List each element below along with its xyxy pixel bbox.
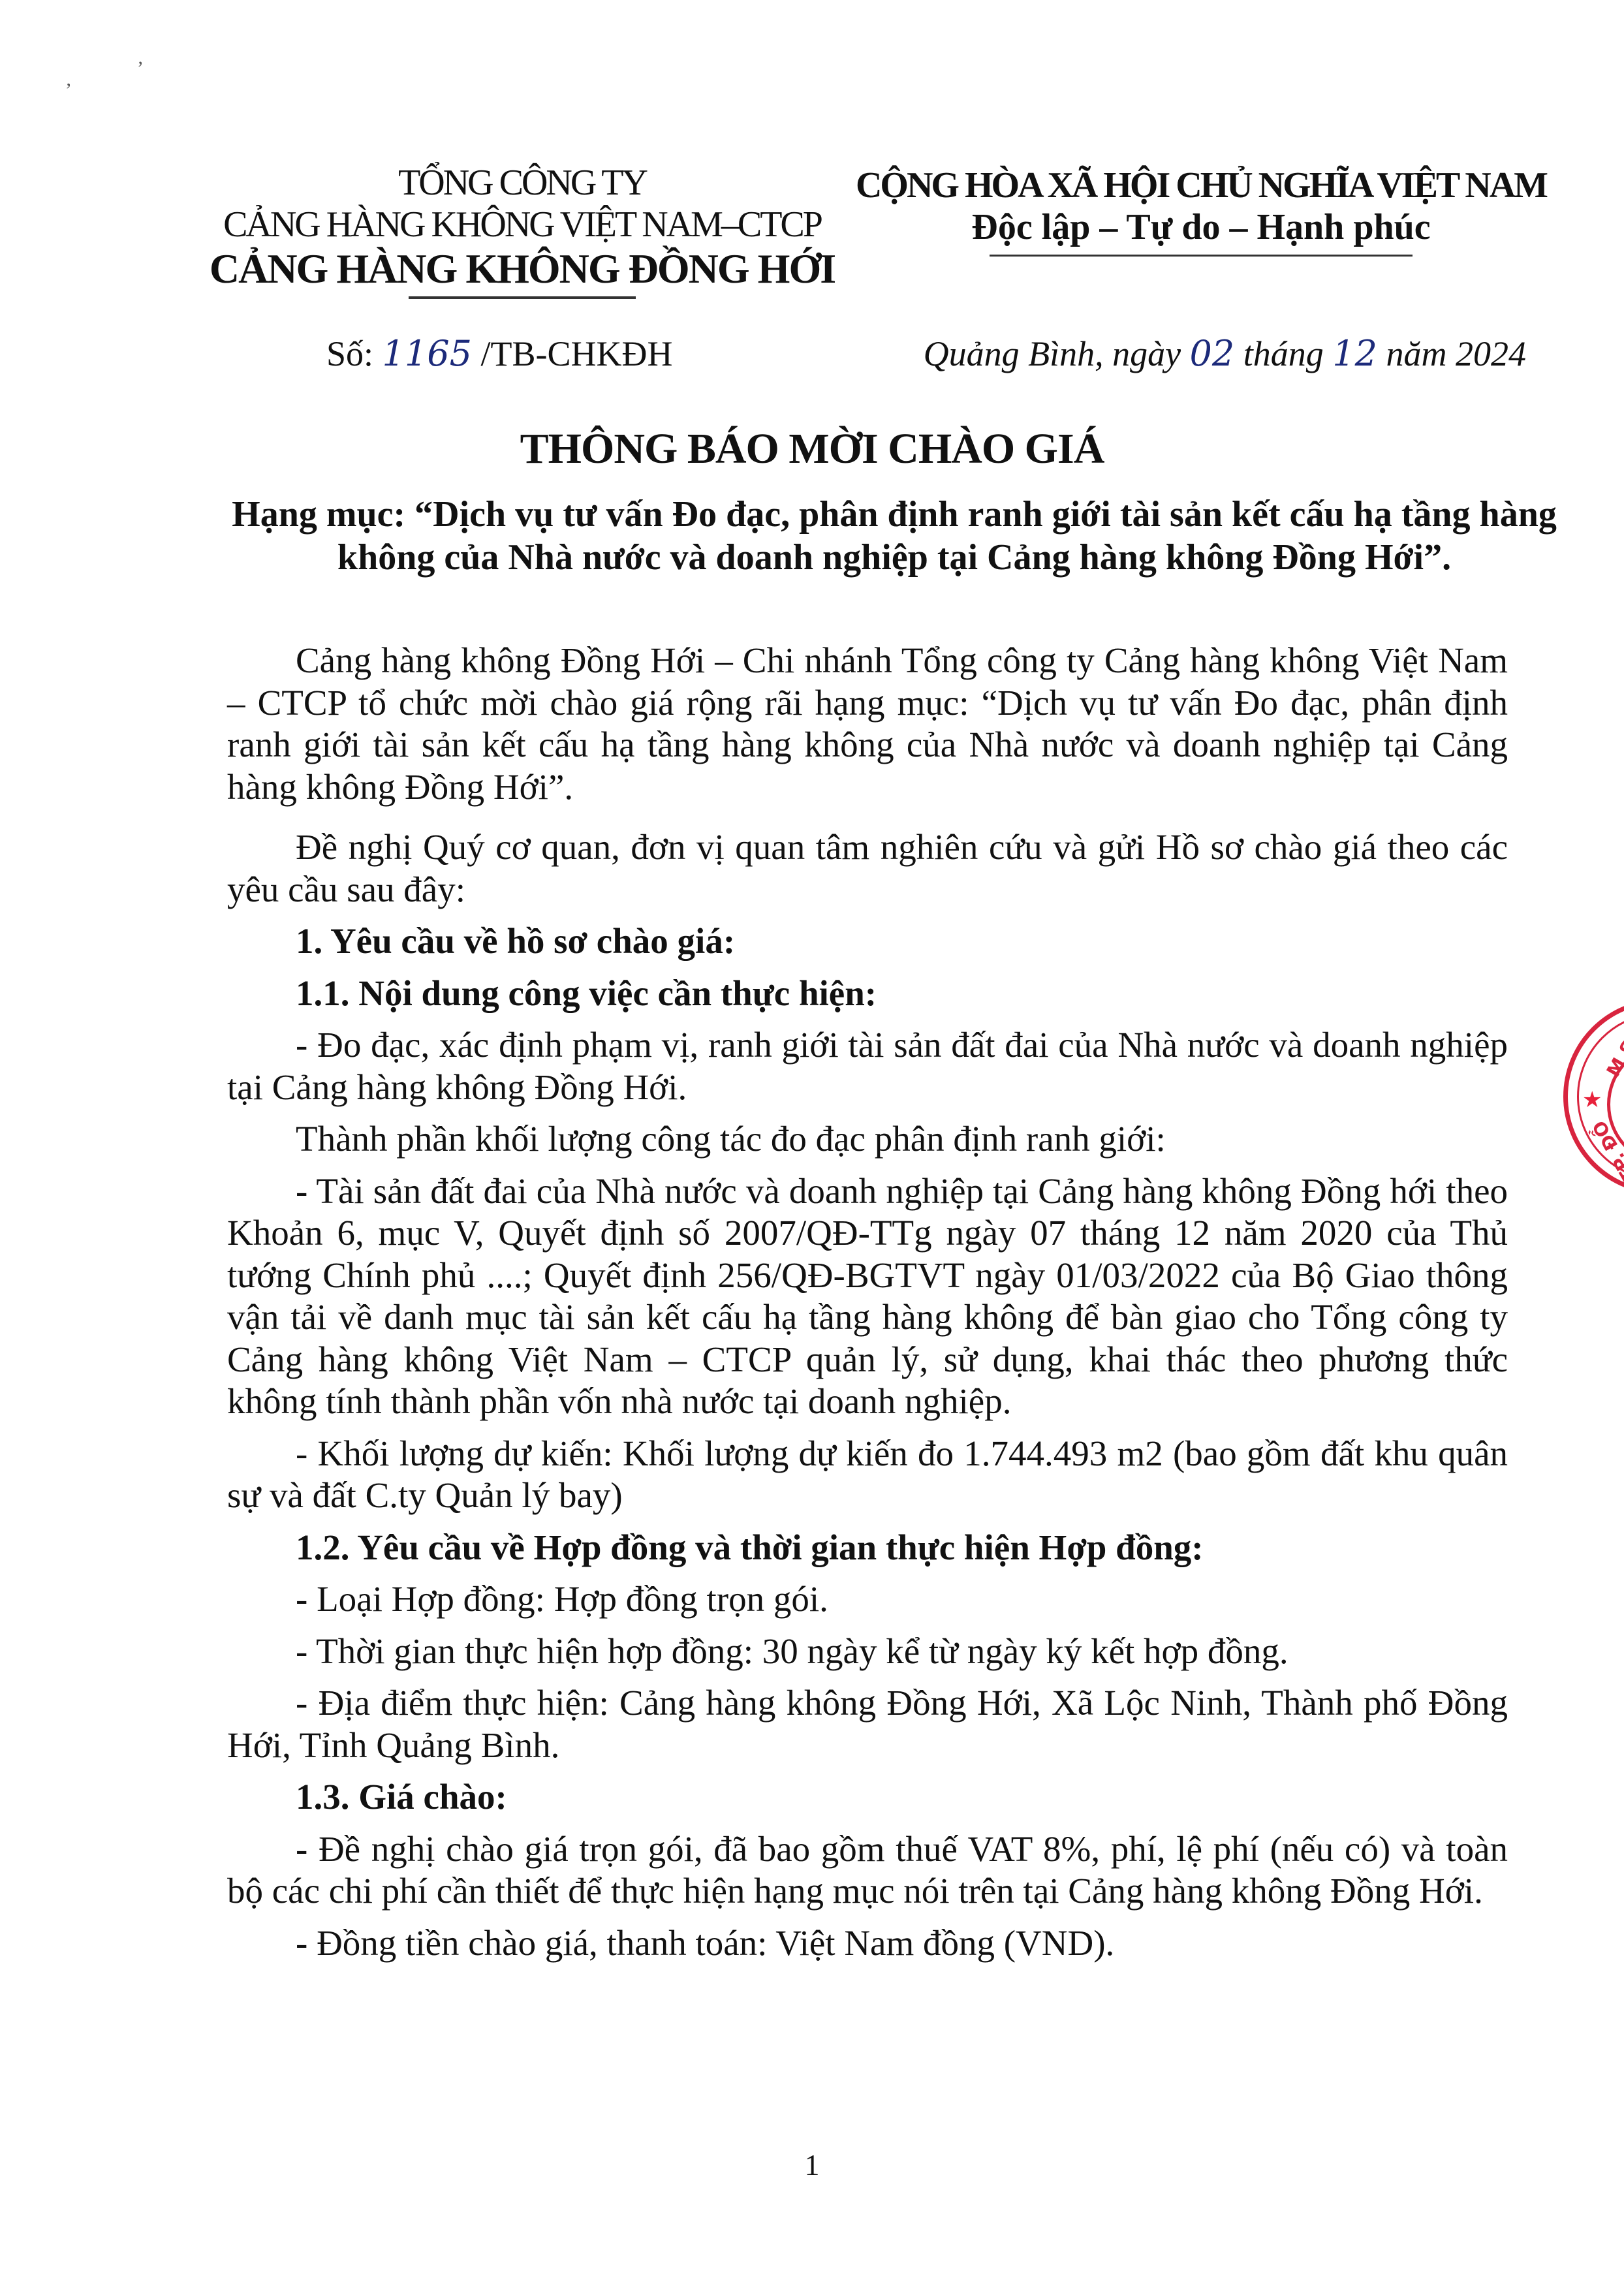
document-date: Quảng Bình, ngày 02 tháng 12 năm 2024 [924, 333, 1526, 374]
stamp-text-bottom: TP. ĐỒ [1588, 1117, 1624, 1185]
stamp-inner-ring [1607, 1042, 1624, 1166]
list-item: - Loại Hợp đồng: Hợp đồng trọn gói. [227, 1578, 1508, 1621]
motto: Độc lập – Tự do – Hạnh phúc [855, 206, 1547, 248]
stamp-text-top: M.S.C.N [1602, 1000, 1624, 1081]
scan-mark: ’ [137, 57, 144, 80]
month-label: tháng [1234, 334, 1332, 373]
section-1-3-heading: 1.3. Giá chào: [227, 1776, 1508, 1819]
handwritten-month: 12 [1332, 333, 1377, 374]
national-motto-header: CỘNG HÒA XÃ HỘI CHỦ NGHĨA VIỆT NAM Độc l… [855, 164, 1547, 257]
parent-company-line1: TỔNG CÔNG TY [196, 162, 849, 204]
red-seal-stamp: M.S.C.N ★ TP. ĐỒ [1563, 999, 1624, 1195]
list-item: - Đo đạc, xác định phạm vị, ranh giới tà… [227, 1024, 1508, 1108]
list-item: - Thời gian thực hiện hợp đồng: 30 ngày … [227, 1631, 1508, 1673]
document-number-suffix: /TB-CHKĐH [472, 334, 673, 373]
parent-company-line2: CẢNG HÀNG KHÔNG VIỆT NAM–CTCP [196, 204, 849, 245]
page-number: 1 [0, 2148, 1624, 2182]
section-1-2-heading: 1.2. Yêu cầu về Hợp đồng và thời gian th… [227, 1527, 1508, 1569]
year-label: năm 2024 [1377, 334, 1526, 373]
list-item: - Đề nghị chào giá trọn gói, đã bao gồm … [227, 1828, 1508, 1913]
organization-name: CẢNG HÀNG KHÔNG ĐỒNG HỚI [196, 245, 849, 292]
document-number: Số: 1165 /TB-CHKĐH [326, 333, 672, 374]
list-item: - Đồng tiền chào giá, thanh toán: Việt N… [227, 1922, 1508, 1965]
list-item: - Tài sản đất đai của Nhà nước và doanh … [227, 1170, 1508, 1423]
document-title: THÔNG BÁO MỜI CHÀO GIÁ [0, 424, 1624, 474]
section-1-1-heading: 1.1. Nội dung công việc cần thực hiện: [227, 973, 1508, 1015]
section-1-heading: 1. Yêu cầu về hồ sơ chào giá: [227, 920, 1508, 963]
star-icon: ★ [1582, 1087, 1602, 1113]
handwritten-number: 1165 [383, 333, 472, 374]
components-label: Thành phần khối lượng công tác đo đạc ph… [227, 1118, 1508, 1161]
motto-underline [990, 255, 1413, 257]
document-body: Cảng hàng không Đồng Hới – Chi nhánh Tổn… [227, 640, 1508, 1964]
list-item: - Khối lượng dự kiến: Khối lượng dự kiến… [227, 1433, 1508, 1517]
document-number-prefix: Số: [326, 334, 383, 373]
document-subtitle: Hạng mục: “Dịch vụ tư vấn Đo đạc, phân đ… [222, 493, 1567, 579]
scan-mark: ‚ [65, 69, 72, 91]
country-name: CỘNG HÒA XÃ HỘI CHỦ NGHĨA VIỆT NAM [855, 164, 1547, 206]
header-underline [409, 296, 636, 299]
list-item: - Địa điểm thực hiện: Cảng hàng không Đồ… [227, 1682, 1508, 1766]
intro-paragraph: Cảng hàng không Đồng Hới – Chi nhánh Tổn… [227, 640, 1508, 808]
handwritten-day: 02 [1190, 333, 1235, 374]
issuing-organization-header: TỔNG CÔNG TY CẢNG HÀNG KHÔNG VIỆT NAM–CT… [196, 162, 849, 299]
request-paragraph: Đề nghị Quý cơ quan, đơn vị quan tâm ngh… [227, 826, 1508, 911]
date-place: Quảng Bình, ngày [924, 334, 1190, 373]
